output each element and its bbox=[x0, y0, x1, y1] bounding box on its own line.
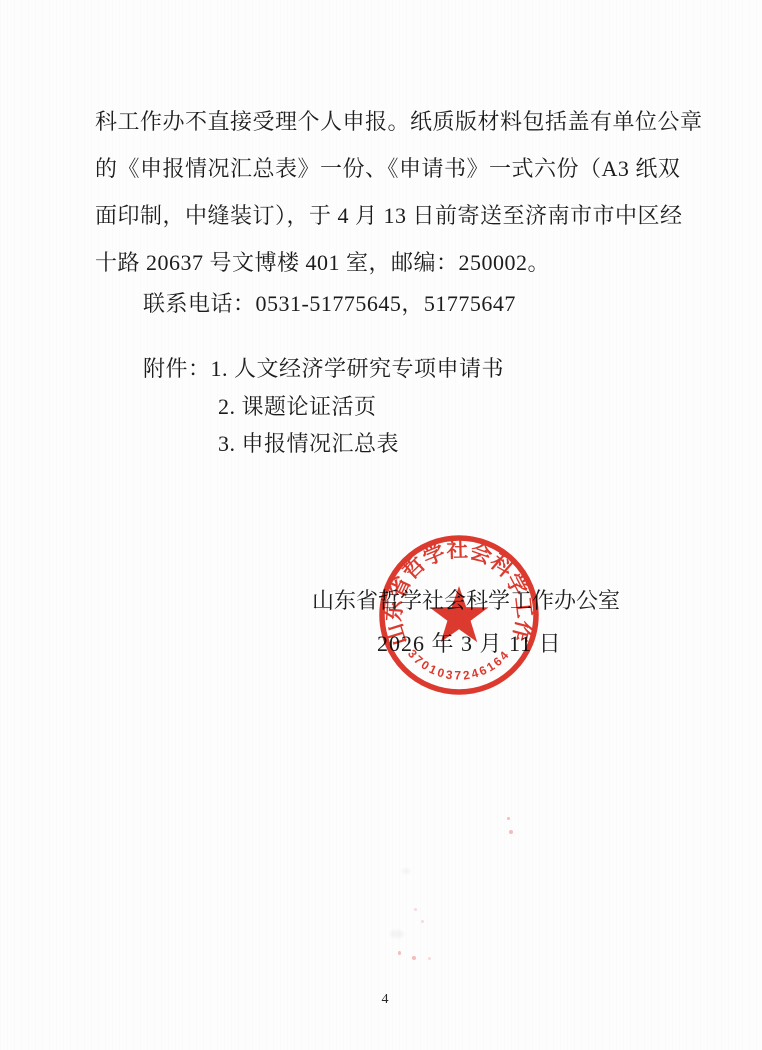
body-paragraph-line: 十路 20637 号文博楼 401 室，邮编：250002。 bbox=[95, 246, 550, 277]
scan-speckle bbox=[509, 830, 513, 834]
seal-star-icon bbox=[430, 586, 489, 642]
body-paragraph-line: 科工作办不直接受理个人申报。纸质版材料包括盖有单位公章 bbox=[95, 105, 703, 136]
scan-speckle bbox=[398, 951, 401, 955]
scan-speckle bbox=[421, 920, 424, 923]
contact-phone-line: 联系电话：0531-51775645，51775647 bbox=[143, 287, 516, 318]
attachments-item-1: 附件：1. 人文经济学研究专项申请书 bbox=[143, 352, 504, 383]
document-page: 科工作办不直接受理个人申报。纸质版材料包括盖有单位公章 的《申报情况汇总表》一份… bbox=[0, 0, 762, 1050]
scan-speckle bbox=[428, 957, 431, 960]
scan-smudge bbox=[402, 868, 410, 874]
page-number: 4 bbox=[355, 992, 415, 1008]
scan-speckle bbox=[507, 817, 510, 820]
official-red-seal: 山东省哲学社会科学工作办公室 3701037246164 bbox=[373, 529, 545, 701]
seal-code-number: 3701037246164 bbox=[405, 647, 513, 683]
scan-smudge bbox=[390, 930, 404, 938]
attachments-item-3: 3. 申报情况汇总表 bbox=[218, 427, 399, 458]
attachments-item-2: 2. 课题论证活页 bbox=[218, 390, 377, 421]
scan-speckle bbox=[412, 956, 416, 960]
body-paragraph-line: 的《申报情况汇总表》一份、《申请书》一式六份（A3 纸双 bbox=[95, 152, 680, 183]
body-paragraph-line: 面印制，中缝装订），于 4 月 13 日前寄送至济南市市中区经 bbox=[95, 199, 683, 230]
scan-speckle bbox=[414, 908, 417, 911]
